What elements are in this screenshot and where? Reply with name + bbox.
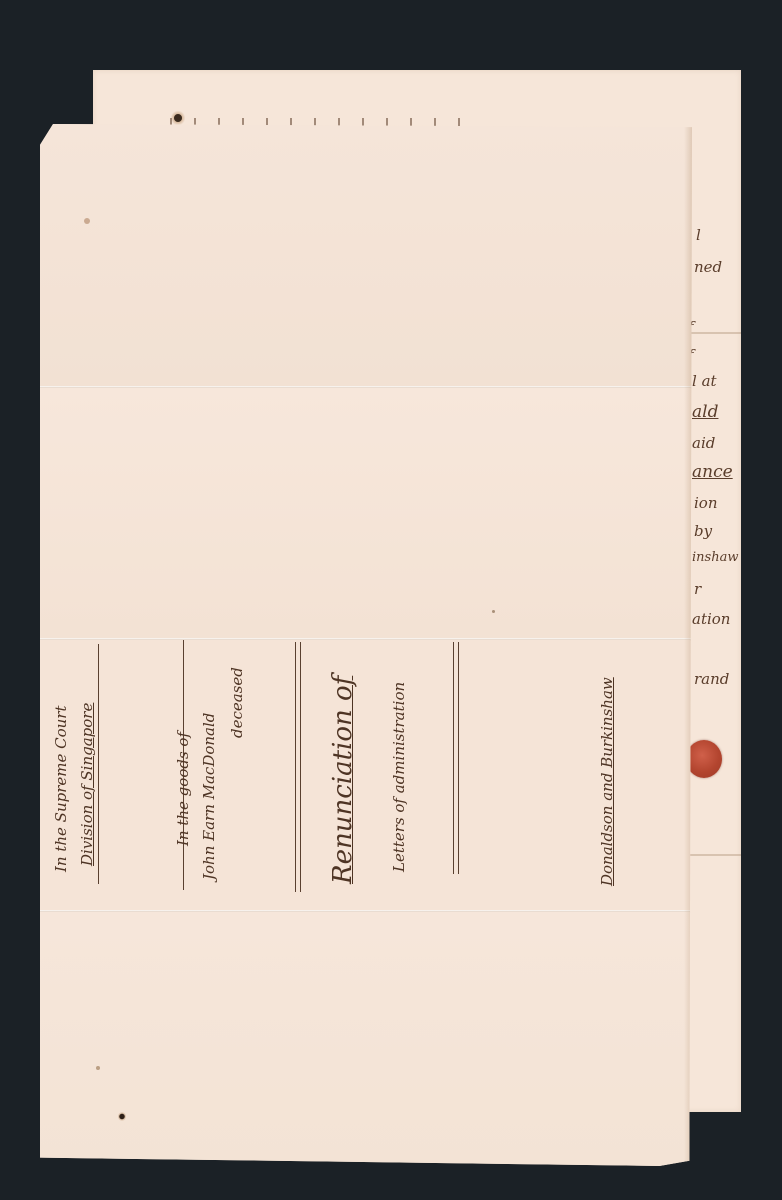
in-goods-of-text: In the goods of xyxy=(174,732,192,846)
back-text-fragment: l at xyxy=(692,372,717,390)
back-text-fragment: rand xyxy=(694,670,729,688)
fold-panel-2 xyxy=(40,388,692,638)
division-text: Division of Singapore xyxy=(78,703,96,866)
double-rule-line xyxy=(453,642,459,874)
back-text-fragment: aid xyxy=(692,434,715,452)
rule-line xyxy=(98,644,99,884)
back-text-fragment: ance xyxy=(692,462,733,482)
foxing-spot xyxy=(96,1066,100,1070)
foxing-spot xyxy=(492,610,495,613)
ink-blot xyxy=(118,1112,126,1121)
document-title-text: Renunciation of xyxy=(328,676,358,884)
front-document-sheet: In the Supreme Court Division of Singapo… xyxy=(40,124,692,1166)
court-name-text: In the Supreme Court xyxy=(52,705,70,872)
back-text-fragment: ation xyxy=(692,610,730,628)
back-text-fragment: ion xyxy=(694,494,718,512)
fold-panel-1 xyxy=(40,124,692,386)
fold-panel-4 xyxy=(40,912,692,1166)
deceased-name-text: John Earn MacDonald xyxy=(200,713,218,880)
fold-panel-endorsement: In the Supreme Court Division of Singapo… xyxy=(40,640,692,910)
solicitors-text: Donaldson and Burkinshaw xyxy=(598,677,616,886)
back-text-fragment: r xyxy=(694,580,701,598)
deceased-label-text: deceased xyxy=(228,667,246,738)
back-text-fragment: inshaw xyxy=(692,550,738,565)
double-rule-line xyxy=(295,642,301,892)
back-text-fragment: by xyxy=(694,522,712,540)
document-subtitle-text: Letters of administration xyxy=(390,682,408,872)
back-text-fragment: ald xyxy=(692,402,718,422)
wax-seal xyxy=(686,740,722,778)
foxing-spot xyxy=(84,218,90,224)
back-text-fragment: ned xyxy=(694,258,722,276)
back-text-fragment: l xyxy=(696,226,701,244)
